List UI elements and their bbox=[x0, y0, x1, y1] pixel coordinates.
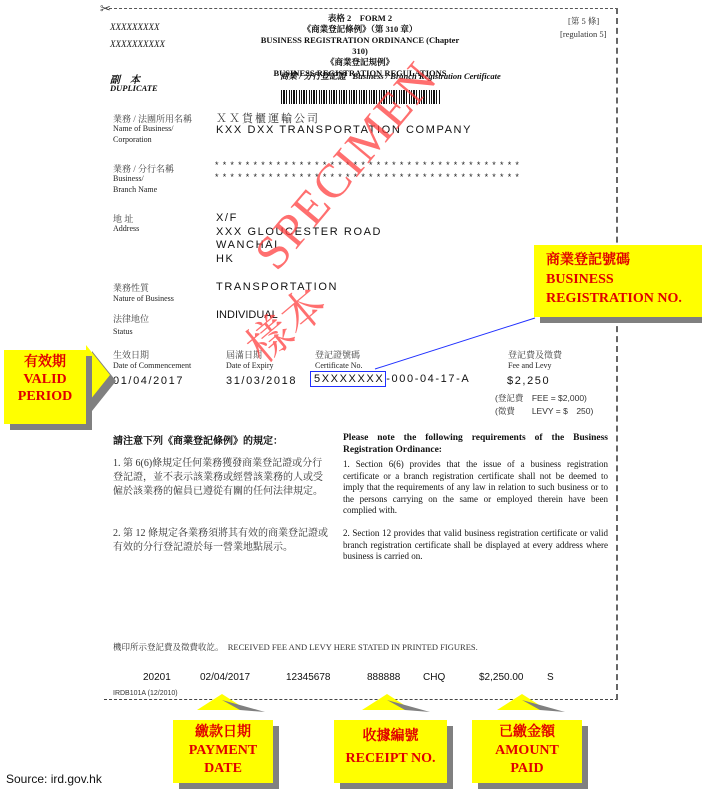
callout-valid-period: 有效期 VALID PERIOD bbox=[4, 350, 86, 424]
callout-receipt-number: 收據編號 RECEIPT NO. bbox=[334, 720, 447, 783]
callout-payment-date: 繳款日期 PAYMENT DATE bbox=[173, 720, 273, 783]
callout-amount-paid: 已繳金額 AMOUNT PAID bbox=[472, 720, 582, 783]
callout-br-number: 商業登記號碼 BUSINESS REGISTRATION NO. bbox=[534, 245, 702, 317]
arrow-icons bbox=[0, 0, 702, 796]
source-caption: Source: ird.gov.hk bbox=[6, 772, 102, 786]
